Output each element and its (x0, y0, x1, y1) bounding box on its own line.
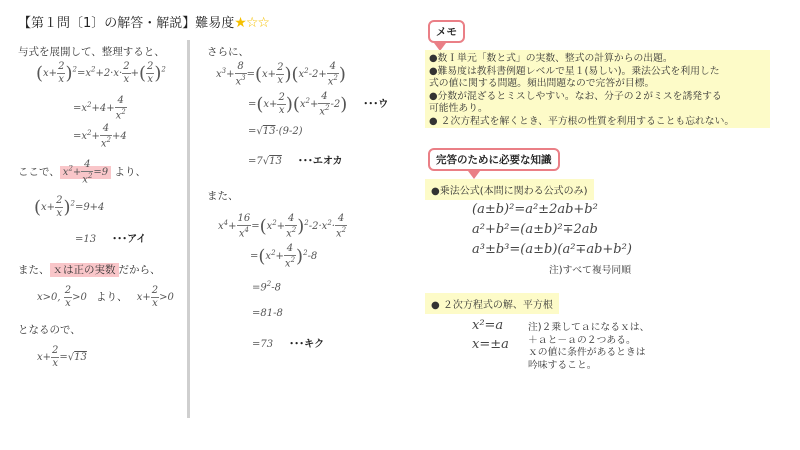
sqrt-note: 注)２乗してａになるｘは、 ＋ａと－ａの２つある。 ｘの値に条件があるときは 吟… (528, 322, 649, 372)
memo-label: メモ (428, 20, 465, 43)
expand-line-3: =x2+4x2+4 (73, 124, 127, 149)
cube-line-2: =(x+2x)(x2+4x2-2)･･･ウ (248, 92, 388, 117)
sqrt-note-line: 吟味すること。 (528, 360, 649, 373)
sqrt-formula-1: x²=a (472, 318, 503, 333)
sqrt-note-line: 注)２乗してａになるｘは、 (528, 322, 649, 335)
memo-label-bubble: メモ (428, 20, 465, 51)
quartic-line-5: =73･･･キク (252, 335, 324, 350)
memo-line: ●難易度は教科書例題レベルで星１(易しい)。乗法公式を利用した (429, 66, 766, 79)
sqrt-note-line: ＋ａと－ａの２つある。 (528, 335, 649, 348)
sqrt-formula-2: x=±a (472, 337, 509, 352)
section-multiplication-formulas: ●乗法公式(本問に関わる公式のみ) (425, 179, 594, 200)
highlight-condition: x2+4x2=9 (60, 166, 111, 179)
section-quadratic-sqrt: ● ２次方程式の解、平方根 (425, 293, 559, 314)
answer-kiku: ･･･キク (289, 339, 324, 350)
here-condition: ここで、x2+4x2=9 より、 (18, 160, 146, 185)
cube-line-4: =7√13･･･エオカ (248, 152, 343, 167)
also-positive: また、ｘは正の実数だから、 (18, 262, 161, 277)
expand-line-1: (x+2x)2=x2+2·x·2x+(2x)2 (36, 62, 166, 85)
sqrt-note-line: ｘの値に条件があるときは (528, 347, 649, 360)
knowledge-label: 完答のために必要な知識 (428, 148, 560, 171)
formula-2: a²+b²=(a±b)²∓2ab (472, 222, 598, 237)
inequality-line: x>0, 2x>0 より、 x+2x>0 (37, 286, 174, 309)
also-text: また、 (207, 188, 239, 203)
page-title: 【第１問〔1〕の解答・解説】難易度★☆☆ (18, 12, 269, 31)
highlight-positive-real: ｘは正の実数 (50, 263, 119, 277)
memo-line: ●分数が混ざるとミスしやすい。なお、分子の２がミスを誘発する (429, 91, 766, 104)
final-result: x+2x=√13 (37, 346, 87, 369)
cube-line-3: =√13·(9-2) (248, 126, 303, 137)
memo-line: ●数Ｉ単元「数と式」の実数、整式の計算からの出題。 (429, 53, 766, 66)
formula-1: (a±b)²=a²±2ab+b² (472, 202, 598, 217)
result-line-1: (x+2x)2=9+4 (34, 196, 104, 219)
star-filled-icon: ★ (234, 15, 246, 31)
quartic-line-4: =81-8 (252, 308, 283, 319)
cube-line-1: x3+8x3=(x+2x)(x2-2+4x2) (216, 62, 346, 87)
formula-note: 注)すべて複号同順 (549, 265, 631, 278)
formula-3: a³±b³=(a±b)(a²∓ab+b²) (472, 242, 632, 257)
result-line-2: =13･･･アイ (75, 230, 146, 245)
expand-line-2: =x2+4+4x2 (73, 96, 127, 121)
knowledge-label-bubble: 完答のために必要な知識 (428, 148, 560, 179)
left-intro: 与式を展開して、整理すると、 (18, 44, 165, 59)
answer-ai: ･･･アイ (112, 234, 146, 245)
quartic-line-3: =92-8 (252, 280, 281, 293)
column-divider (187, 40, 190, 418)
memo-line: ● ２次方程式を解くとき、平方根の性質を利用することも忘れない。 (429, 116, 766, 129)
memo-box: ●数Ｉ単元「数と式」の実数、整式の計算からの出題。 ●難易度は教科書例題レベルで… (425, 50, 770, 128)
further-text: さらに、 (207, 44, 249, 59)
difficulty-stars: ★☆☆ (234, 15, 269, 31)
answer-u: ･･･ウ (363, 99, 388, 110)
memo-line: 式の値に関する問題。頻出問題なので完答が目標。 (429, 78, 766, 91)
star-empty-icon: ☆☆ (246, 15, 269, 31)
bubble-tail (468, 171, 480, 179)
therefore-text: となるので、 (18, 322, 81, 337)
memo-line: 可能性あり。 (429, 103, 766, 116)
title-text: 【第１問〔1〕の解答・解説】難易度 (18, 16, 234, 31)
answer-eoka: ･･･エオカ (298, 156, 343, 167)
quartic-line-2: =(x2+4x2)2-8 (250, 244, 317, 269)
quartic-line-1: x4+16x4=(x2+4x2)2-2·x2·4x2 (218, 214, 347, 239)
